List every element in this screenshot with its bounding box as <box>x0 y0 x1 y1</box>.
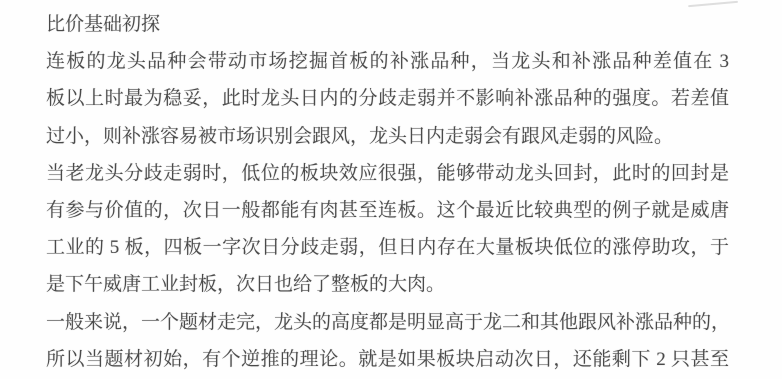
document-title: 比价基础初探 <box>46 6 729 43</box>
text-line: 当老龙头分歧走弱时，低位的板块效应很强，能够带动龙头回封，此时的回封是 <box>46 155 729 192</box>
text-line: 板以上时最为稳妥，此时龙头日内的分歧走弱并不影响补涨品种的强度。若差值 <box>46 80 729 117</box>
text-line: 是下午威唐工业封板，次日也给了整板的大肉。 <box>46 266 729 303</box>
text-line: 有参与价值的，次日一般都能有肉甚至连板。这个最近比较典型的例子就是威唐 <box>46 192 729 229</box>
text-line: 所以当题材初始，有个逆推的理论。就是如果板块启动次日，还能剩下 2 只甚至 <box>46 341 729 378</box>
document-page: 比价基础初探 连板的龙头品种会带动市场挖掘首板的补涨品种，当龙头和补涨品种差值在… <box>46 6 729 378</box>
text-line: 一般来说，一个题材走完，龙头的高度都是明显高于龙二和其他跟风补涨品种的， <box>46 304 729 341</box>
text-line: 连板的龙头品种会带动市场挖掘首板的补涨品种，当龙头和补涨品种差值在 3 <box>46 43 729 80</box>
text-line: 工业的 5 板，四板一字次日分歧走弱，但日内存在大量板块低位的涨停助攻，于 <box>46 229 729 266</box>
text-line: 过小，则补涨容易被市场识别会跟风，龙头日内走弱会有跟风走弱的风险。 <box>46 118 729 155</box>
